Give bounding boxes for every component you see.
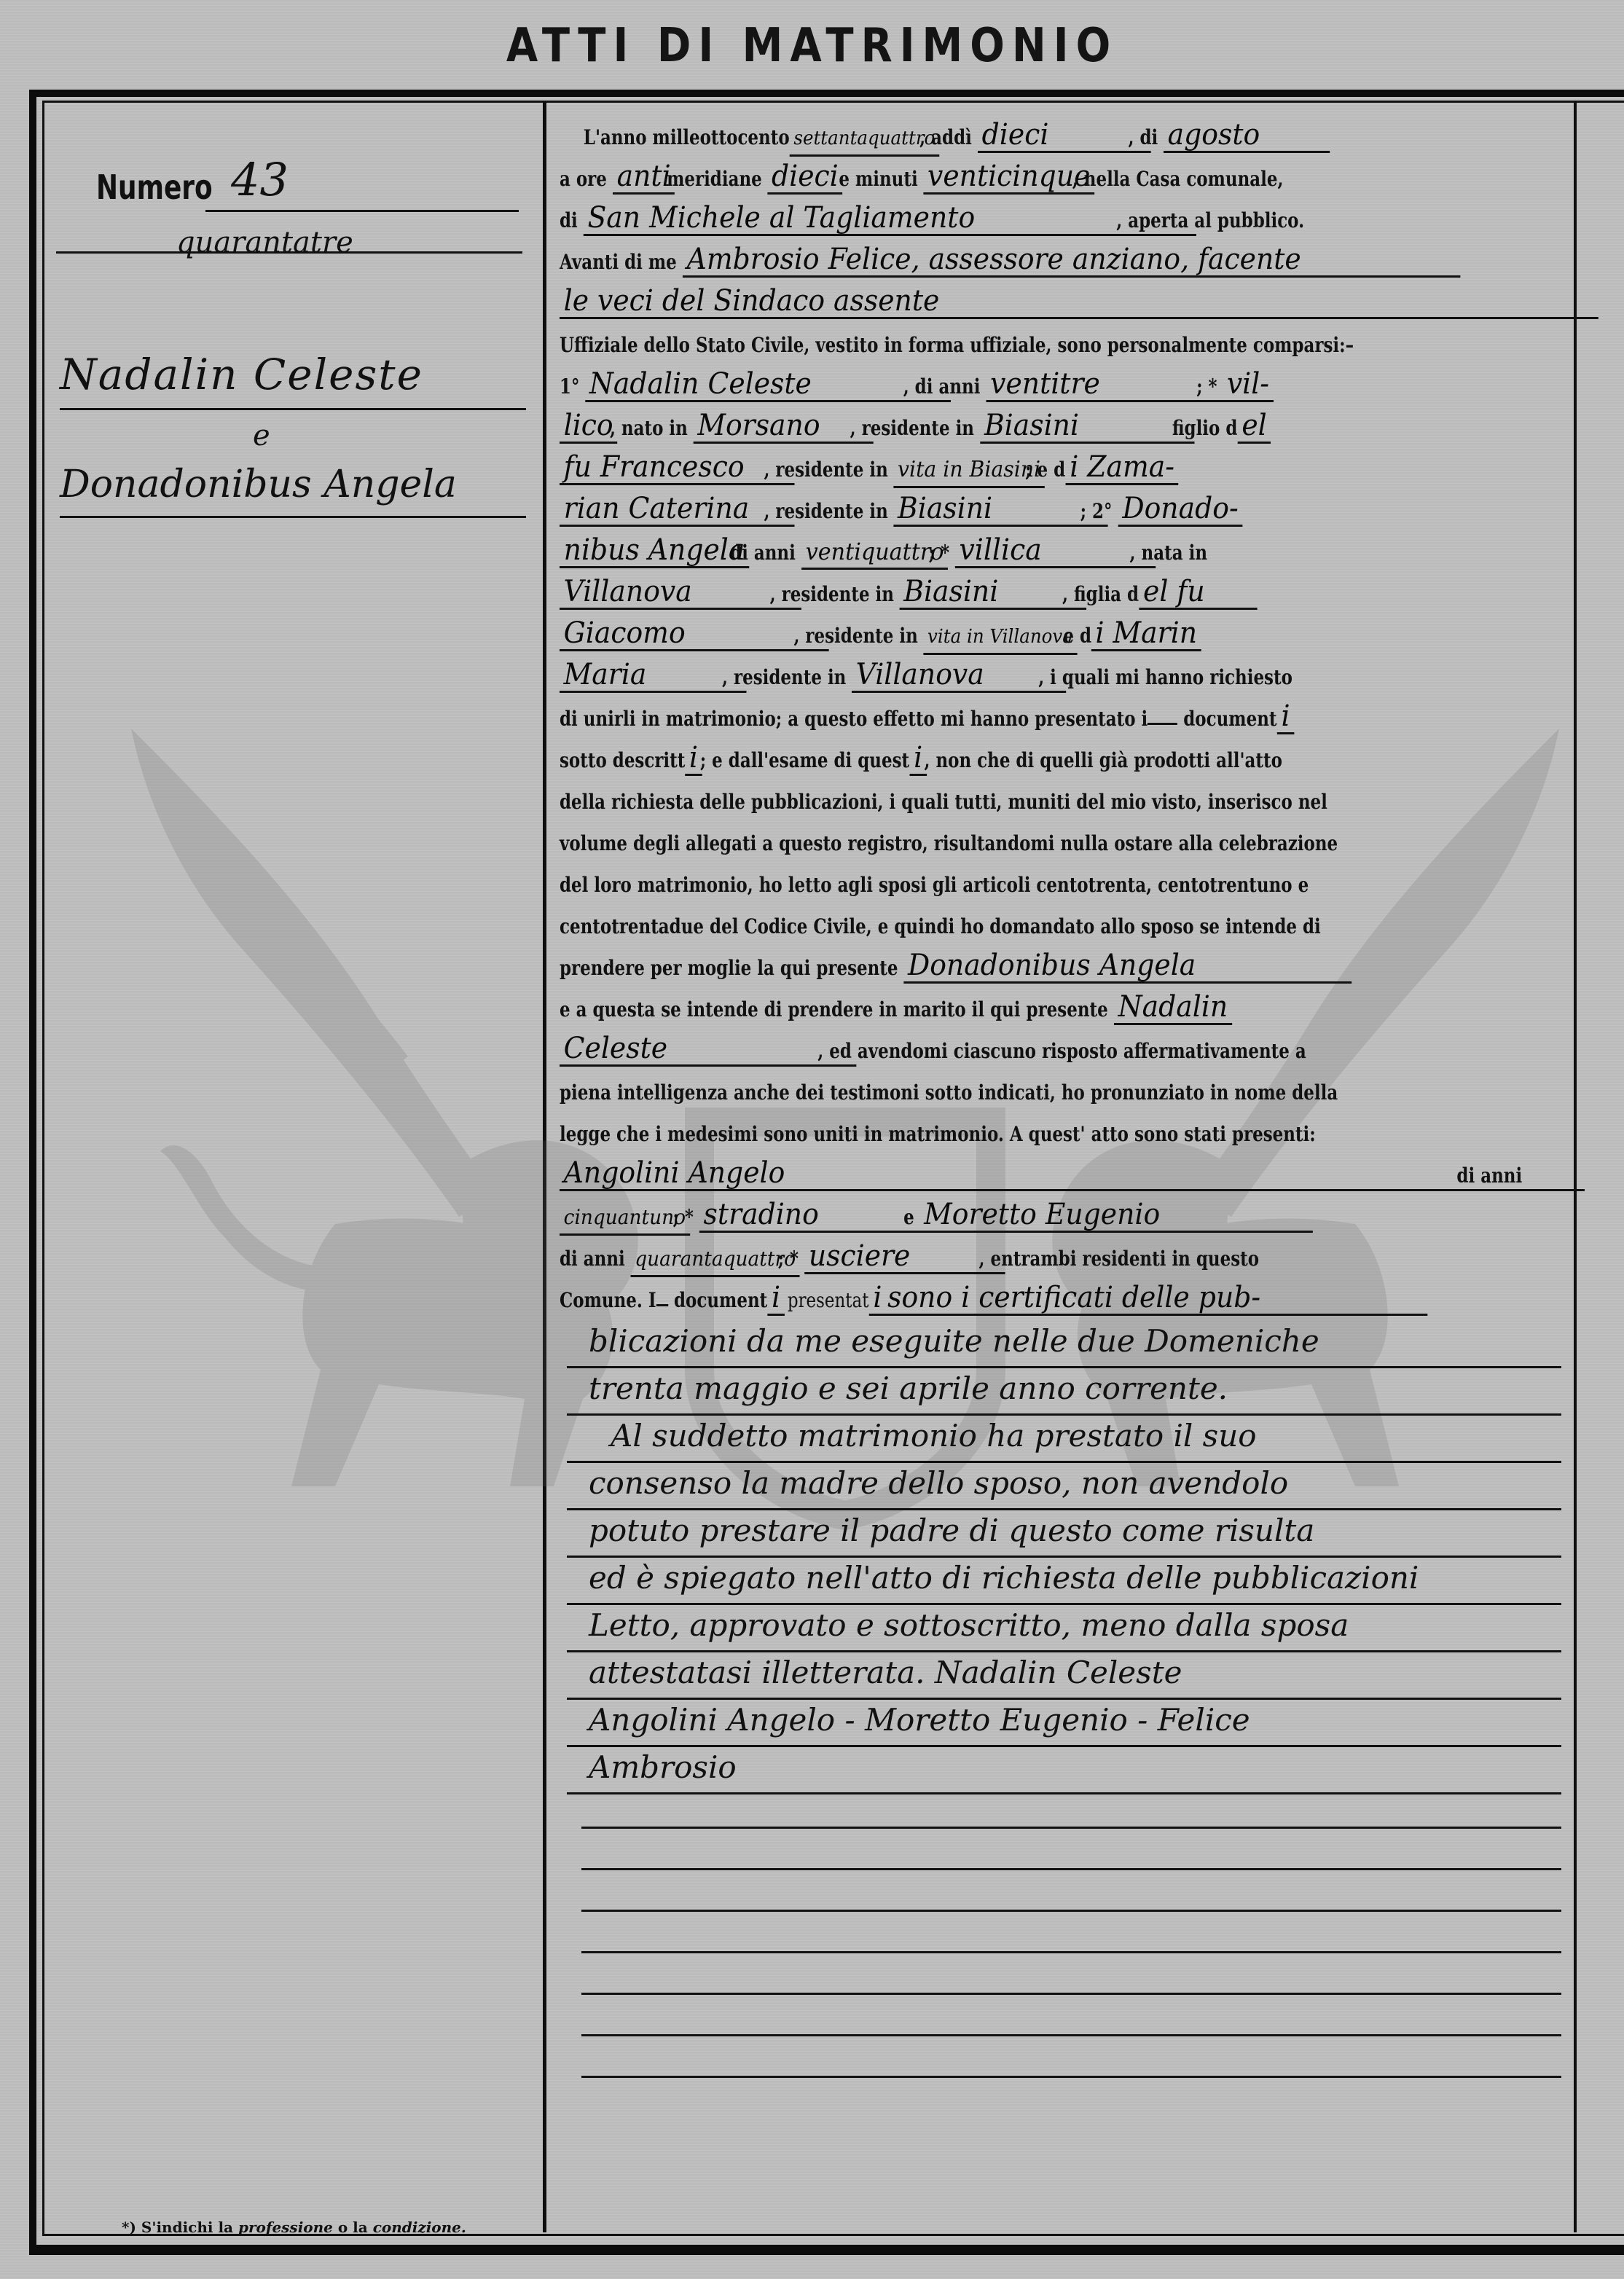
act-line-16: sotto descritti; e dall'esame di questi,… (560, 740, 1569, 781)
record-number-words: quarantatre (103, 226, 599, 259)
bride-name-field: Donado- (1118, 493, 1243, 527)
witness-2-profession-field: usciere (804, 1240, 1005, 1274)
text: ; e dall'esame di quest (700, 748, 909, 772)
blank-ruled-line (560, 1919, 1569, 1961)
text: , nato in (610, 416, 694, 440)
act-line-officer-cont: le veci del Sindaco assente (560, 283, 1569, 324)
text: di (560, 208, 584, 232)
text: prendere per moglie la qui presente (560, 956, 904, 980)
text: Avanti di me (560, 250, 683, 274)
text: a ore (560, 167, 613, 191)
bride-father-prefix: el fu (1139, 576, 1257, 610)
groom-birthplace-field: Morsano (694, 409, 874, 444)
act-line-bride: nibus Angela di anni ventiquattro; * vil… (560, 532, 1569, 573)
act-line-18: volume degli allegati a questo registro,… (560, 823, 1569, 864)
witness-2-age-field: quarantaquattro (631, 1243, 800, 1277)
act-line-23: Celeste, ed avendomi ciascuno risposto a… (560, 1030, 1569, 1072)
text: di anni (560, 1247, 631, 1271)
bride-father-residence-field: vita in Villanova (924, 621, 1078, 655)
notes-start-field: sono i certificati delle pub- (884, 1282, 1428, 1316)
text: piena intelligenza anche dei testimoni s… (560, 1080, 1338, 1105)
notes-line: consenso la madre dello sposo, non avend… (567, 1463, 1561, 1510)
blank-ruled-line (560, 2002, 1569, 2044)
groom-mother-field: rian Caterina (560, 493, 795, 527)
witness-1-name-field: Angolini Angelo (560, 1157, 1585, 1191)
blank (1148, 715, 1177, 725)
spouse-1-name: Nadalin Celeste (60, 350, 423, 399)
bride-name-field-cont: nibus Angela (560, 534, 749, 568)
blank-ruled-line (560, 1836, 1569, 1878)
act-line-bride-father: Giacomo, residente in vita in Villanova … (560, 615, 1569, 656)
text: e minuti (833, 167, 923, 191)
bride-residence-field: Biasini (900, 576, 1086, 610)
text: sotto descritt (560, 748, 685, 772)
bride-mother-field: Maria (560, 659, 746, 693)
text: di unirli in matrimonio; a questo effett… (560, 707, 1148, 731)
footnote-mid: o la (333, 2219, 373, 2236)
conjunction: e (253, 419, 270, 452)
blank-ruled-line (560, 2044, 1569, 2085)
blank (656, 1297, 668, 1306)
witness-2-name-field: Moretto Eugenio (920, 1199, 1313, 1233)
groom-name-consent-field: Nadalin (1114, 991, 1232, 1025)
bride-profession-field: villica (955, 534, 1156, 568)
groom-mother-residence-field: Biasini (894, 493, 1108, 527)
footnote: *) S'indichi la professione o la condizi… (122, 2219, 466, 2236)
spouse-2-name: Donadonibus Angela (60, 463, 457, 506)
act-line-groom-birth: lico, nato in Morsano, residente in Bias… (560, 407, 1569, 449)
footnote-word-professione: professione (238, 2219, 333, 2236)
notes-line: Al suddetto matrimonio ha prestato il su… (567, 1416, 1561, 1463)
text: document (668, 1288, 767, 1312)
spouse-2-underline (60, 516, 526, 518)
text: 1° (560, 374, 585, 399)
blank-ruled-line (560, 1794, 1569, 1836)
groom-father-residence-field: vita in Biasini (894, 454, 1045, 488)
groom-mother-prefix: i Zama- (1065, 451, 1178, 485)
groom-age-field: ventitre (986, 368, 1228, 402)
suffix-field: i (685, 742, 702, 776)
text: meridiane (667, 167, 768, 191)
act-line-bride-birth: Villanova, residente in Biasini, figlia … (560, 573, 1569, 615)
bride-mother-prefix: i Marin (1091, 617, 1201, 651)
act-line-officer: Avanti di me Ambrosio Felice, assessore … (560, 241, 1569, 283)
act-line-20: centotrentadue del Codice Civile, e quin… (560, 906, 1569, 947)
groom-name-field: Nadalin Celeste (585, 368, 951, 402)
act-line-groom-father: fu Francesco, residente in vita in Biasi… (560, 449, 1569, 490)
text: volume degli allegati a questo registro,… (560, 831, 1338, 855)
page-title: ATTI DI MATRIMONIO (0, 18, 1624, 73)
record-number-value: 43 (231, 153, 289, 206)
footnote-word-condizione: condizione. (373, 2219, 466, 2236)
act-line-groom-mother: rian Caterina, residente in Biasini; 2° … (560, 490, 1569, 532)
bride-mother-residence-field: Villanova (852, 659, 1066, 693)
groom-father-prefix: el (1237, 409, 1271, 444)
ampm-field: anti (613, 160, 675, 195)
act-line-22: e a questa se intende di prendere in mar… (560, 989, 1569, 1030)
act-line-21: prendere per moglie la qui presente Dona… (560, 947, 1569, 989)
act-body: L'anno milleottocentosettantaquattro, ad… (560, 117, 1569, 2085)
act-line-15: di unirli in matrimonio; a questo effett… (560, 698, 1569, 740)
minutes-field: venticinque (924, 160, 1095, 195)
groom-residence-field: Biasini (980, 409, 1194, 444)
spouse-1-underline (60, 408, 526, 410)
suffix-field: i (909, 742, 926, 776)
act-line-witness2: di anni quarantaquattro; * usciere, entr… (560, 1238, 1569, 1279)
notes-line: Ambrosio (567, 1747, 1561, 1794)
act-line-19: del loro matrimonio, ho letto agli sposi… (560, 864, 1569, 906)
footnote-prefix: *) S'indichi la (122, 2219, 238, 2236)
act-line-time: a ore antimeridiane dieci e minuti venti… (560, 158, 1569, 200)
act-line-witnesses: cinquantuno; * stradino e Moretto Eugeni… (560, 1196, 1569, 1238)
act-line-bride-mother: Maria, residente in Villanova, i quali m… (560, 656, 1569, 698)
day-field: dieci (978, 119, 1151, 153)
witness-1-profession-field: stradino (699, 1199, 927, 1233)
officer-field: Ambrosio Felice, assessore anziano, face… (683, 243, 1460, 278)
act-line-groom: 1° Nadalin Celeste, di anni ventitre; * … (560, 366, 1569, 407)
notes-line: Angolini Angelo - Moretto Eugenio - Feli… (567, 1700, 1561, 1747)
notes-line: Letto, approvato e sottoscritto, meno da… (567, 1605, 1561, 1652)
text: , entrambi residenti in questo (978, 1247, 1259, 1271)
left-column: Numero 43 quarantatre Nadalin Celeste e … (45, 106, 541, 2219)
text: Comune. I (560, 1288, 656, 1312)
witness-1-age-field: cinquantuno (560, 1201, 690, 1236)
hour-field: dieci (768, 160, 843, 195)
act-line-documents: Comune. I documenti presentati sono i ce… (560, 1279, 1569, 1321)
text: centotrentadue del Codice Civile, e quin… (560, 914, 1321, 938)
bride-father-field: Giacomo (560, 617, 829, 651)
groom-profession-field-cont: lico (560, 409, 617, 444)
text: presentat (782, 1288, 869, 1312)
text: , ed avendomi ciascuno risposto affermat… (817, 1039, 1306, 1063)
year-field: settantaquattro (790, 122, 939, 157)
officer-field-cont: le veci del Sindaco assente (560, 285, 1598, 319)
text: e a questa se intende di prendere in mar… (560, 997, 1114, 1021)
notes-line: ed è spiegato nell'atto di richiesta del… (567, 1558, 1561, 1605)
groom-father-field: fu Francesco (560, 451, 795, 485)
blank-ruled-line (560, 1961, 1569, 2002)
act-line-witness1: Angolini Angelo di anni (560, 1155, 1569, 1196)
comune-field: San Michele al Tagliamento (584, 202, 1196, 236)
bride-name-consent-field: Donadonibus Angela (904, 949, 1352, 984)
text: legge che i medesimi sono uniti in matri… (560, 1122, 1316, 1146)
bride-age-field: ventiquattro (801, 536, 948, 570)
record-number-label: Numero (96, 168, 213, 207)
act-line-uffiziale: Uffiziale dello Stato Civile, vestito in… (560, 324, 1569, 366)
act-line-date: L'anno milleottocentosettantaquattro, ad… (560, 117, 1593, 158)
text: , non che di quelli già prodotti all'att… (924, 748, 1282, 772)
notes-line: attestatasi illetterata. Nadalin Celeste (567, 1652, 1561, 1700)
documents-suffix: i (1276, 700, 1293, 734)
groom-profession-field: vil- (1223, 368, 1274, 402)
notes-line: potuto prestare il padre di questo come … (567, 1510, 1561, 1558)
groom-name-consent-field-cont: Celeste (560, 1032, 856, 1067)
text: del loro matrimonio, ho letto agli sposi… (560, 873, 1309, 897)
column-divider (543, 102, 546, 2232)
notes-line: trenta maggio e sei aprile anno corrente… (567, 1368, 1561, 1416)
text: Uffiziale dello Stato Civile, vestito in… (560, 333, 1354, 357)
act-line-17: della richiesta delle pubblicazioni, i q… (560, 781, 1569, 823)
text: della richiesta delle pubblicazioni, i q… (560, 790, 1327, 814)
blank-ruled-line (560, 1878, 1569, 1919)
month-field: agosto (1164, 119, 1330, 153)
act-line-comune: di San Michele al Tagliamento, aperta al… (560, 200, 1569, 241)
suffix-field: i (767, 1282, 784, 1316)
record-number: Numero 43 (96, 160, 519, 211)
record-number-words-underline (56, 251, 522, 254)
text: , i quali mi hanno richiesto (1038, 665, 1292, 689)
text: , nella Casa comunale, (1072, 167, 1284, 191)
text: document (1177, 707, 1276, 731)
bride-birthplace-field: Villanova (560, 576, 801, 610)
text: L'anno milleottocento (584, 125, 790, 149)
notes-line: blicazioni da me eseguite nelle due Dome… (567, 1321, 1561, 1368)
act-line-24: piena intelligenza anche dei testimoni s… (560, 1072, 1569, 1113)
record-number-underline (205, 210, 519, 212)
act-line-25: legge che i medesimi sono uniti in matri… (560, 1113, 1569, 1155)
